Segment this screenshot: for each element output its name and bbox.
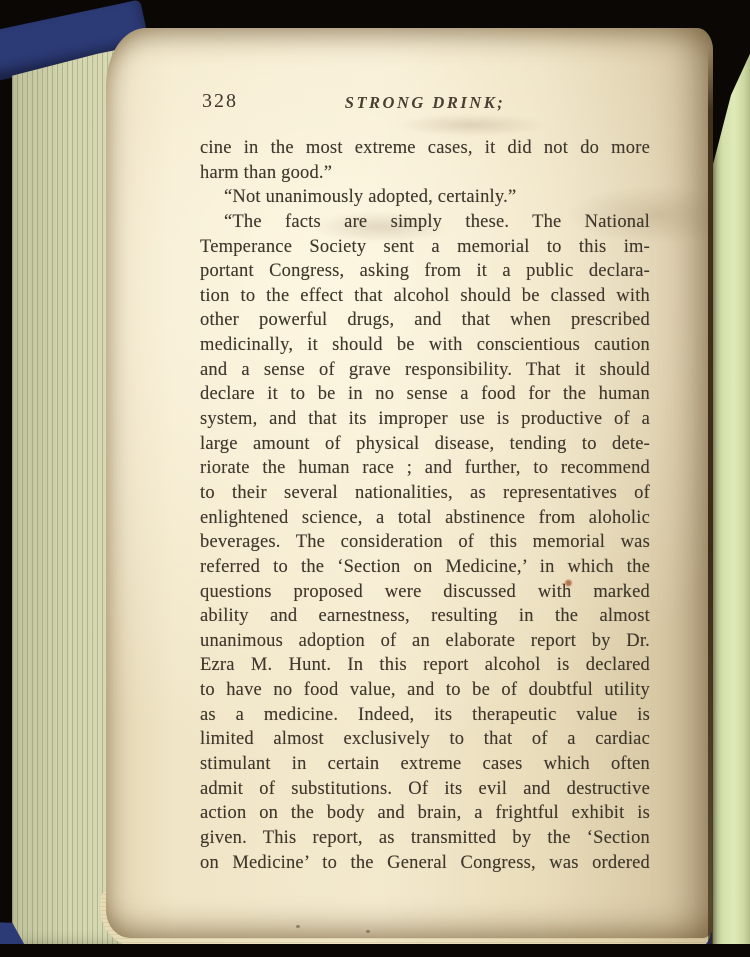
gutter-shadow <box>708 48 713 953</box>
body-line: admit of substitutions. Of its evil and … <box>200 777 650 802</box>
page-body: cine in the most extreme cases, it did n… <box>200 136 650 875</box>
body-line: limited almost exclusively to that of a … <box>200 727 650 752</box>
body-line: Temperance Society sent a memorial to th… <box>200 235 650 260</box>
body-line: on Medicine’ to the General Congress, wa… <box>200 851 650 876</box>
body-line: ability and earnestness, resulting in th… <box>200 604 650 629</box>
body-line: and a sense of grave responsibility. Tha… <box>200 358 650 383</box>
body-line: action on the body and brain, a frightfu… <box>200 801 650 826</box>
facing-page-edge <box>712 40 750 957</box>
ink-speck <box>366 930 370 933</box>
body-line: referred to the ‘Section on Medicine,’ i… <box>200 555 650 580</box>
body-line: unanimous adoption of an elaborate repor… <box>200 629 650 654</box>
body-line: harm than good.” <box>200 161 650 186</box>
body-line: large amount of physical disease, tendin… <box>200 432 650 457</box>
body-line: medicinally, it should be with conscient… <box>200 333 650 358</box>
body-line: cine in the most extreme cases, it did n… <box>200 136 650 161</box>
body-line: questions proposed were discussed with m… <box>200 580 650 605</box>
body-line: declare it to be in no sense a food for … <box>200 382 650 407</box>
ink-speck <box>296 925 300 928</box>
body-line: portant Congress, asking from it a publi… <box>200 259 650 284</box>
book-page: 328 STRONG DRINK; cine in the most extre… <box>106 28 713 938</box>
body-line: other powerful drugs, and that when pres… <box>200 308 650 333</box>
body-line: “The facts are simply these. The Nationa… <box>200 210 650 235</box>
running-head: STRONG DRINK; <box>200 93 650 113</box>
body-line: riorate the human race ; and further, to… <box>200 456 650 481</box>
body-line: stimulant in certain extreme cases which… <box>200 752 650 777</box>
body-line: given. This report, as transmitted by th… <box>200 826 650 851</box>
body-line: as a medicine. Indeed, its therapeutic v… <box>200 703 650 728</box>
book-photo: 328 STRONG DRINK; cine in the most extre… <box>0 0 750 957</box>
body-line: to their several nationalities, as repre… <box>200 481 650 506</box>
body-line: enlightened science, a total abstinence … <box>200 506 650 531</box>
background-band <box>0 944 750 957</box>
body-line: “Not unanimously adopted, certainly.” <box>200 185 650 210</box>
body-line: beverages. The consideration of this mem… <box>200 530 650 555</box>
body-line: Ezra M. Hunt. In this report alcohol is … <box>200 653 650 678</box>
body-line: system, and that its improper use is pro… <box>200 407 650 432</box>
body-line: tion to the effect that alcohol should b… <box>200 284 650 309</box>
page-content: 328 STRONG DRINK; cine in the most extre… <box>200 90 650 908</box>
page-header: 328 STRONG DRINK; <box>200 90 650 116</box>
body-line: to have no food value, and to be of doub… <box>200 678 650 703</box>
